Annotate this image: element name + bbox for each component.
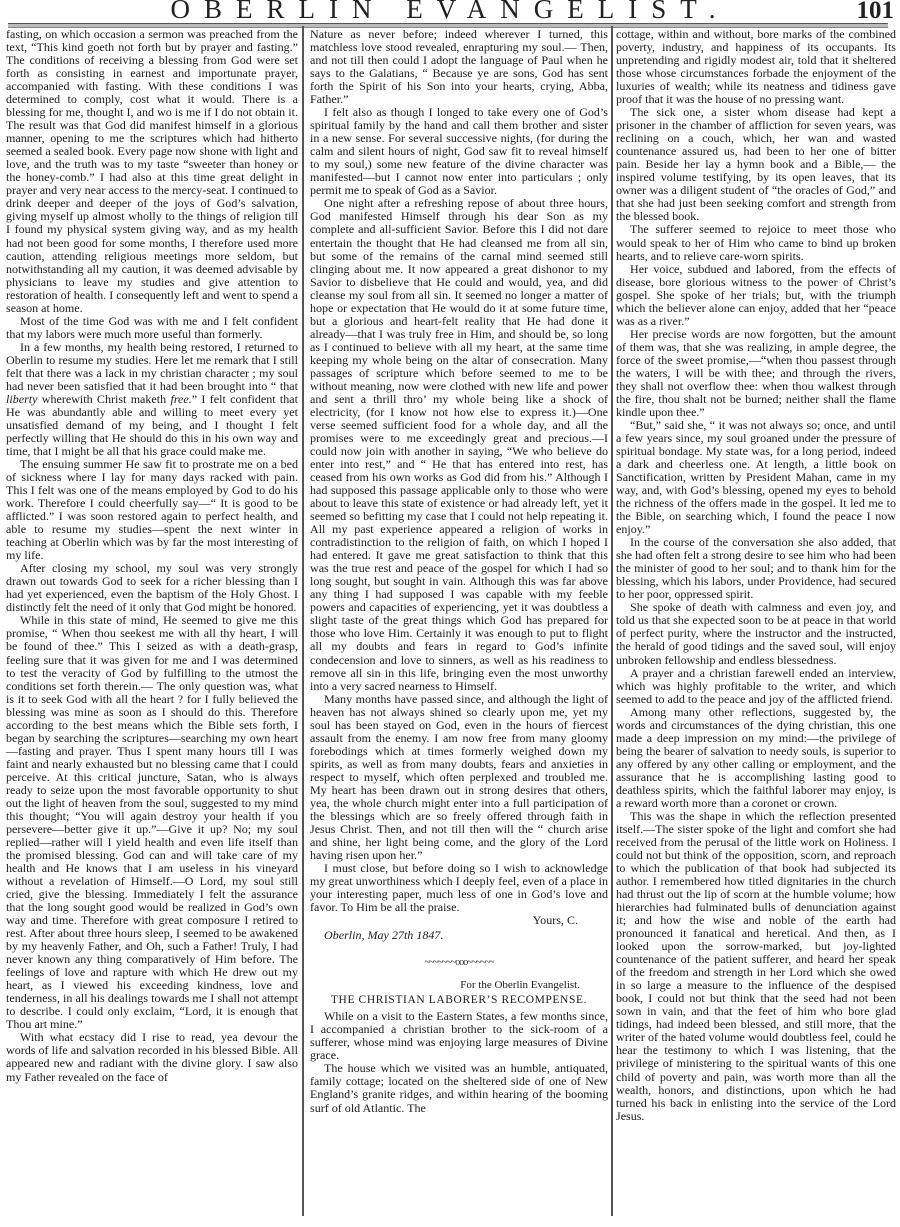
- article-title: THE CHRISTIAN LABORER’S RECOMPENSE.: [310, 994, 608, 1007]
- paragraph: In a few months, my health being restore…: [6, 341, 298, 458]
- paragraph: Among many other reflections, suggested …: [616, 706, 896, 810]
- paragraph: One night after a refreshing repose of a…: [310, 197, 608, 692]
- paragraph: Her precise words are now forgotten, but…: [616, 328, 896, 419]
- paragraph: Nature as never before; indeed wherever …: [310, 28, 608, 106]
- paragraph: I must close, but before doing so I wish…: [310, 862, 608, 914]
- paragraph: Many months have passed since, and altho…: [310, 693, 608, 862]
- column-1: fasting, on which occasion a sermon was …: [6, 28, 298, 1084]
- paragraph: The sick one, a sister whom disease had …: [616, 106, 896, 223]
- column-divider: [302, 26, 304, 1216]
- paragraph: The house which we visited was an humble…: [310, 1062, 608, 1114]
- paragraph: The ensuing summer He saw fit to prostra…: [6, 458, 298, 562]
- column-3: cottage, within and without, bore marks …: [616, 28, 896, 1123]
- paragraph: Most of the time God was with me and I f…: [6, 315, 298, 341]
- dateline: Oberlin, May 27th 1847.: [310, 929, 608, 942]
- paragraph: cottage, within and without, bore marks …: [616, 28, 896, 106]
- paragraph: I felt also as though I longed to take e…: [310, 106, 608, 197]
- paragraph: This was the shape in which the reflecti…: [616, 810, 896, 1123]
- masthead: OBERLIN EVANGELIST. 101: [0, 0, 900, 24]
- section-ornament: ~~~~~~~ooo~~~~~~: [310, 956, 608, 969]
- paragraph: Her voice, subdued and labored, from the…: [616, 263, 896, 328]
- source-note: For the Oberlin Evangelist.: [310, 979, 608, 992]
- newspaper-title: OBERLIN EVANGELIST.: [0, 0, 900, 24]
- paragraph: While on a visit to the Eastern States, …: [310, 1010, 608, 1062]
- column-2: Nature as never before; indeed wherever …: [310, 28, 608, 1115]
- paragraph: She spoke of death with calmness and eve…: [616, 601, 896, 666]
- paragraph: A prayer and a christian farewell ended …: [616, 667, 896, 706]
- paragraph: In the course of the conversation she al…: [616, 536, 896, 601]
- signature: Yours, C.: [310, 914, 608, 927]
- paragraph: After closing my school, my soul was ver…: [6, 562, 298, 614]
- column-divider: [611, 26, 613, 1216]
- paragraph: fasting, on which occasion a sermon was …: [6, 28, 298, 315]
- paragraph: With what ecstacy did I rise to read, ye…: [6, 1031, 298, 1083]
- paragraph: While in this state of mind, He seemed t…: [6, 614, 298, 1031]
- paragraph: “But,” said she, “ it was not always so;…: [616, 419, 896, 536]
- paragraph: The sufferer seemed to rejoice to meet t…: [616, 223, 896, 262]
